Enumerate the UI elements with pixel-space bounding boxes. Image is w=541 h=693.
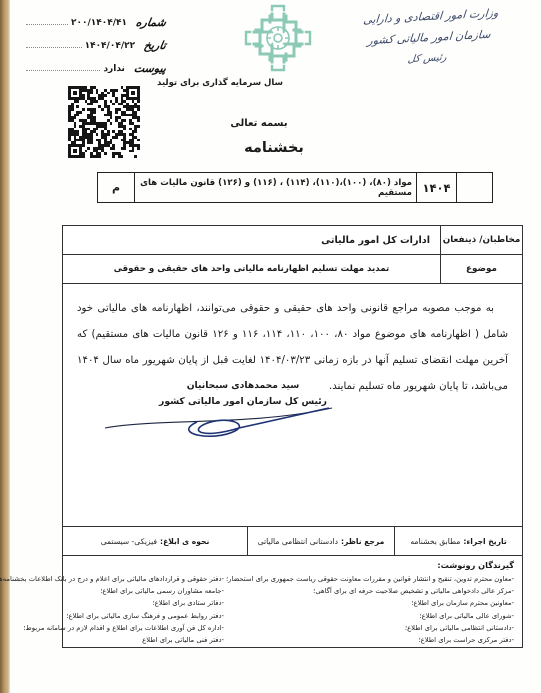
articles-cell: مواد (۸۰)، (۱۰۰)،(۱۱۰)، (۱۱۴) ، (۱۱۶) و … [134, 173, 416, 202]
circular-document-page: شماره ۲۰۰/۱۴۰۴/۴۱ تاریخ ۱۴۰۴/۰۴/۲۲ پیوست… [0, 0, 541, 693]
dotted-line [26, 46, 82, 48]
document-type-title: بخشنامه [219, 140, 329, 156]
attachment-value: ندارد [100, 64, 127, 75]
besmele-text: بسمه تعالی [214, 118, 304, 129]
cc-item: -دفتر حقوقی و قراردادهای مالیاتی برای اع… [0, 573, 226, 585]
cc-item: -معاون محترم تدوین، تنقیح و انتشار قوانی… [226, 573, 514, 585]
signature-scribble-icon [101, 402, 336, 442]
execution-date-cell: تاریخ اجراء: مطابق بخشنامه [394, 527, 522, 555]
cc-item: -دادستانی انتظامی مالیاتی برای اطلاع؛ [226, 622, 514, 634]
classification-row: ۱۴۰۴ مواد (۸۰)، (۱۰۰)،(۱۱۰)، (۱۱۴) ، (۱۱… [97, 172, 493, 203]
cc-left-column: -دفتر حقوقی و قراردادهای مالیاتی برای اع… [0, 573, 226, 646]
number-value: ۲۰۰/۱۴۰۴/۴۱ [68, 18, 130, 29]
recipients-label: مخاطبان/ ذینفعان [440, 226, 522, 254]
cc-columns: -معاون محترم تدوین، تنقیح و انتشار قوانی… [69, 573, 514, 646]
cc-item: -دفتر فنی مالیاتی برای اطلاع [0, 634, 226, 646]
cc-item: -جامعه مشاوران رسمی مالیاتی برای اطلاع؛ [0, 585, 226, 597]
signer-name: سید محمدهادی سبحانیان [158, 378, 328, 394]
dotted-line [26, 69, 100, 71]
supervisor-value: دادستانی انتظامی مالیاتی [258, 537, 338, 546]
cc-item: -مرکز عالی دادخواهی مالیاتی و تشخیص صلاح… [226, 585, 514, 597]
subject-row: موضوع تمدید مهلت تسلیم اظهارنامه مالیاتی… [63, 255, 522, 284]
dotted-line [26, 23, 68, 25]
footer-row: تاریخ اجراء: مطابق بخشنامه مرجع ناظر: دا… [63, 527, 522, 556]
execution-label: تاریخ اجراء: [463, 537, 506, 546]
empty-cell [456, 173, 492, 202]
field-date: تاریخ ۱۴۰۴/۰۴/۲۲ [26, 29, 166, 52]
cc-right-column: -معاون محترم تدوین، تنقیح و انتشار قوانی… [226, 573, 514, 646]
recipients-value: ادارات کل امور مالیاتی [63, 226, 440, 254]
recipients-row: مخاطبان/ ذینفعان ادارات کل امور مالیاتی [63, 226, 522, 255]
cc-item: -شورای عالی مالیاتی برای اطلاع؛ [226, 610, 514, 622]
cc-item: -دفاتر ستادی برای اطلاع؛ [0, 597, 226, 609]
date-label: تاریخ [137, 39, 167, 52]
qr-finder-icon [68, 144, 82, 158]
execution-value: مطابق بخشنامه [410, 537, 460, 546]
body-section: به موجب مصوبه مراجع قانونی واحد های حقیق… [63, 284, 522, 527]
qr-finder-icon [126, 86, 140, 100]
year-cell: ۱۴۰۴ [416, 173, 456, 202]
cc-item: -معاونین محترم سازمان برای اطلاع؛ [226, 597, 514, 609]
cc-item: -دفتر مرکزی حراست برای اطلاع؛ [226, 634, 514, 646]
field-number: شماره ۲۰۰/۱۴۰۴/۴۱ [26, 6, 166, 29]
qr-finder-icon [68, 86, 82, 100]
supervisor-cell: مرجع ناظر: دادستانی انتظامی مالیاتی [247, 527, 394, 555]
letterhead-calligraphy: وزارت امور اقتصادی و دارایی سازمان امور … [326, 1, 531, 75]
supervisor-label: مرجع ناظر: [341, 537, 384, 546]
year-slogan: سال سرمایه گذاری برای تولید [150, 78, 290, 88]
tax-administration-logo-icon [242, 2, 314, 74]
attachment-label: پیوست [127, 62, 167, 75]
cc-title: گیرندگان رونوشت: [69, 559, 514, 572]
notification-label: نحوه ی ابلاغ: [160, 537, 209, 546]
field-attachment: پیوست ندارد [26, 52, 166, 75]
subject-label: موضوع [440, 255, 522, 283]
code-cell: م [98, 173, 134, 202]
subject-value: تمدید مهلت تسلیم اظهارنامه مالیاتی واحد … [63, 255, 440, 283]
cc-recipients-section: گیرندگان رونوشت: -معاون محترم تدوین، تنق… [63, 556, 522, 647]
date-value: ۱۴۰۴/۰۴/۲۲ [82, 41, 139, 52]
document-meta-fields: شماره ۲۰۰/۱۴۰۴/۴۱ تاریخ ۱۴۰۴/۰۴/۲۲ پیوست… [26, 6, 166, 75]
qr-code [68, 86, 140, 158]
main-table: مخاطبان/ ذینفعان ادارات کل امور مالیاتی … [62, 225, 523, 648]
number-label: شماره [129, 16, 167, 29]
cc-item: -دفتر روابط عمومی و فرهنگ سازی مالیاتی ب… [0, 610, 226, 622]
cc-item: -اداره کل فن آوری اطلاعات برای اطلاع و ا… [0, 622, 226, 634]
notification-cell: نحوه ی ابلاغ: فیزیکی- سیستمی [63, 527, 247, 555]
notification-value: فیزیکی- سیستمی [101, 537, 157, 546]
